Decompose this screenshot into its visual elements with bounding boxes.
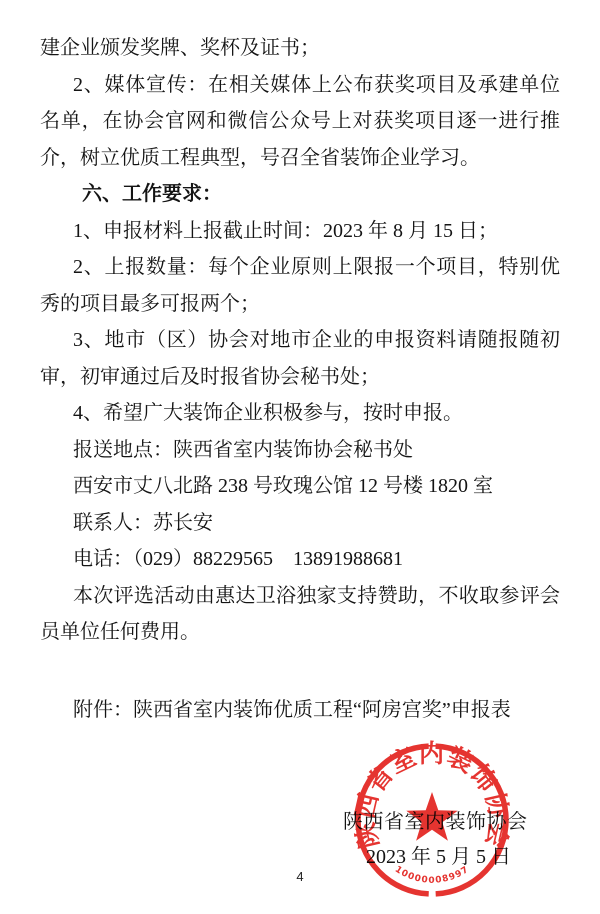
signature-organization: 陕西省室内装饰协会: [343, 804, 528, 841]
paragraph-continuation: 建企业颁发奖牌、奖杯及证书；: [40, 30, 560, 67]
contact-person: 联系人：苏长安: [40, 505, 560, 542]
signature-date: 2023 年 5 月 5 日: [366, 839, 511, 876]
work-requirement-item-2: 2、上报数量：每个企业原则上限报一个项目，特别优秀的项目最多可报两个；: [40, 249, 560, 322]
sponsor-note: 本次评选活动由惠达卫浴独家支持赞助，不收取参评会员单位任何费用。: [40, 578, 560, 651]
paragraph-media-publicity: 2、媒体宣传：在相关媒体上公布获奖项目及承建单位名单，在协会官网和微信公众号上对…: [40, 67, 560, 177]
document-page: 建企业颁发奖牌、奖杯及证书； 2、媒体宣传：在相关媒体上公布获奖项目及承建单位名…: [0, 0, 600, 914]
work-requirement-item-4: 4、希望广大装饰企业积极参与，按时申报。: [40, 395, 560, 432]
work-requirement-item-1: 1、申报材料上报截止时间：2023 年 8 月 15 日；: [40, 213, 560, 250]
document-body: 建企业颁发奖牌、奖杯及证书； 2、媒体宣传：在相关媒体上公布获奖项目及承建单位名…: [40, 30, 560, 728]
contact-phone: 电话：（029）88229565 13891988681: [40, 541, 560, 578]
attachment-line: 附件：陕西省室内装饰优质工程“阿房宫奖”申报表: [40, 692, 560, 729]
section-heading-work-requirements: 六、工作要求：: [40, 176, 560, 213]
work-requirement-item-3: 3、地市（区）协会对地市企业的申报资料请随报随初审，初审通过后及时报省协会秘书处…: [40, 322, 560, 395]
delivery-address-label: 报送地点：陕西省室内装饰协会秘书处: [40, 432, 560, 469]
delivery-address-detail: 西安市丈八北路 238 号玫瑰公馆 12 号楼 1820 室: [40, 468, 560, 505]
page-number: 4: [296, 869, 303, 884]
